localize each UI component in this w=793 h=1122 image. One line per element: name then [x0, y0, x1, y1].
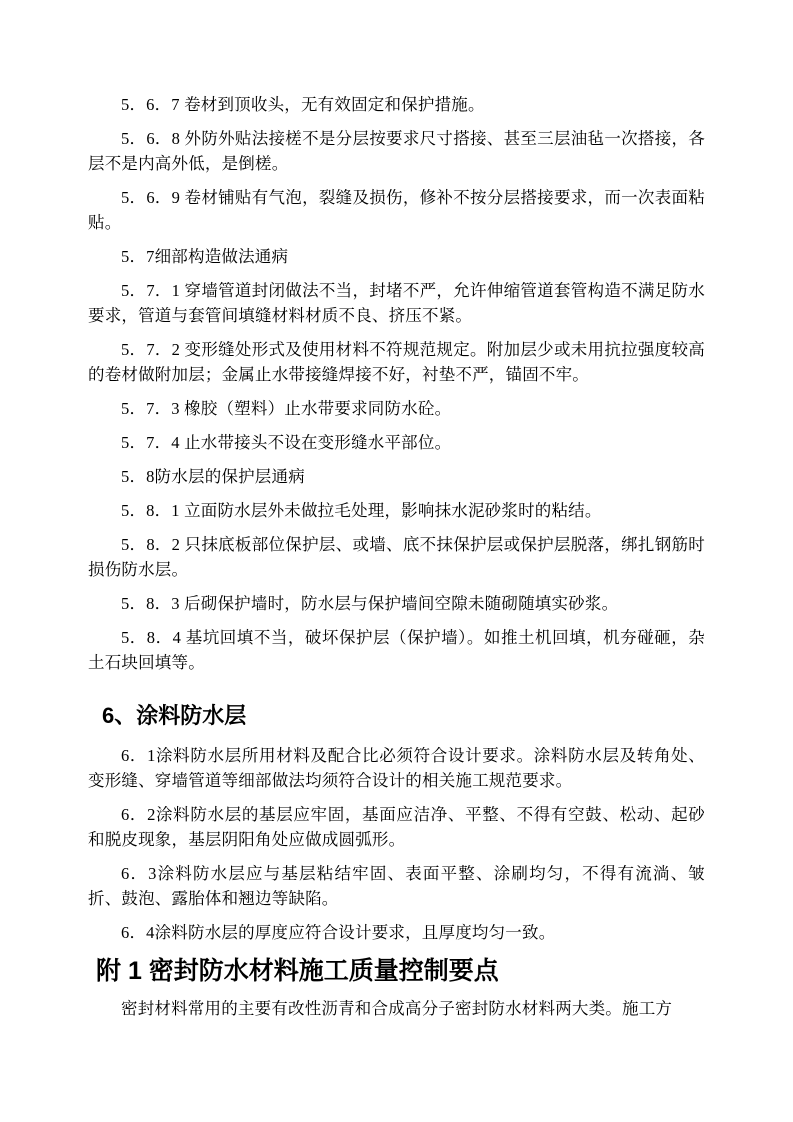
- paragraph: 5．8防水层的保护层通病: [88, 464, 705, 489]
- document-page: 5．6．7 卷材到顶收头，无有效固定和保护措施。5．6．8 外防外贴法接槎不是分…: [0, 0, 793, 1122]
- paragraph: 5．7．3 橡胶（塑料）止水带要求同防水砼。: [88, 396, 705, 421]
- paragraph: 5．8．2 只抹底板部位保护层、或墙、底不抹保护层或保护层脱落，绑扎钢筋时损伤防…: [88, 532, 705, 582]
- paragraph: 6．1涂料防水层所用材料及配合比必须符合设计要求。涂料防水层及转角处、变形缝、穿…: [88, 743, 705, 793]
- paragraph: 5．7．2 变形缝处形式及使用材料不符规范规定。附加层少或未用抗拉强度较高的卷材…: [88, 337, 705, 387]
- paragraph: 5．7细部构造做法通病: [88, 244, 705, 269]
- document-body: 5．6．7 卷材到顶收头，无有效固定和保护措施。5．6．8 外防外贴法接槎不是分…: [88, 92, 705, 1021]
- paragraph: 5．8．4 基坑回填不当，破坏保护层（保护墙）。如推土机回填，机夯碰砸，杂土石块…: [88, 625, 705, 675]
- paragraph: 5．6．8 外防外贴法接槎不是分层按要求尺寸搭接、甚至三层油毡一次搭接，各层不是…: [88, 126, 705, 176]
- paragraph: 6．2涂料防水层的基层应牢固，基面应洁净、平整、不得有空鼓、松动、起砂和脱皮现象…: [88, 802, 705, 852]
- paragraph: 5．8．1 立面防水层外未做拉毛处理，影响抹水泥砂浆时的粘结。: [88, 498, 705, 523]
- paragraph: 5．7．4 止水带接头不设在变形缝水平部位。: [88, 430, 705, 455]
- section-heading: 6、涂料防水层: [88, 701, 705, 731]
- paragraph: 5．6．7 卷材到顶收头，无有效固定和保护措施。: [88, 92, 705, 117]
- paragraph: 5．8．3 后砌保护墙时，防水层与保护墙间空隙未随砌随填实砂浆。: [88, 591, 705, 616]
- paragraph: 5．7．1 穿墙管道封闭做法不当，封堵不严，允许伸缩管道套管构造不满足防水要求，…: [88, 278, 705, 328]
- paragraph: 5．6．9 卷材铺贴有气泡，裂缝及损伤，修补不按分层搭接要求，而一次表面粘贴。: [88, 185, 705, 235]
- paragraph: 密封材料常用的主要有改性沥青和合成高分子密封防水材料两大类。施工方: [88, 996, 705, 1021]
- paragraph: 6．3涂料防水层应与基层粘结牢固、表面平整、涂刷均匀，不得有流淌、皱折、鼓泡、露…: [88, 861, 705, 911]
- paragraph: 6．4涂料防水层的厚度应符合设计要求，且厚度均匀一致。: [88, 920, 705, 945]
- appendix-heading: 附 1 密封防水材料施工质量控制要点: [88, 954, 705, 988]
